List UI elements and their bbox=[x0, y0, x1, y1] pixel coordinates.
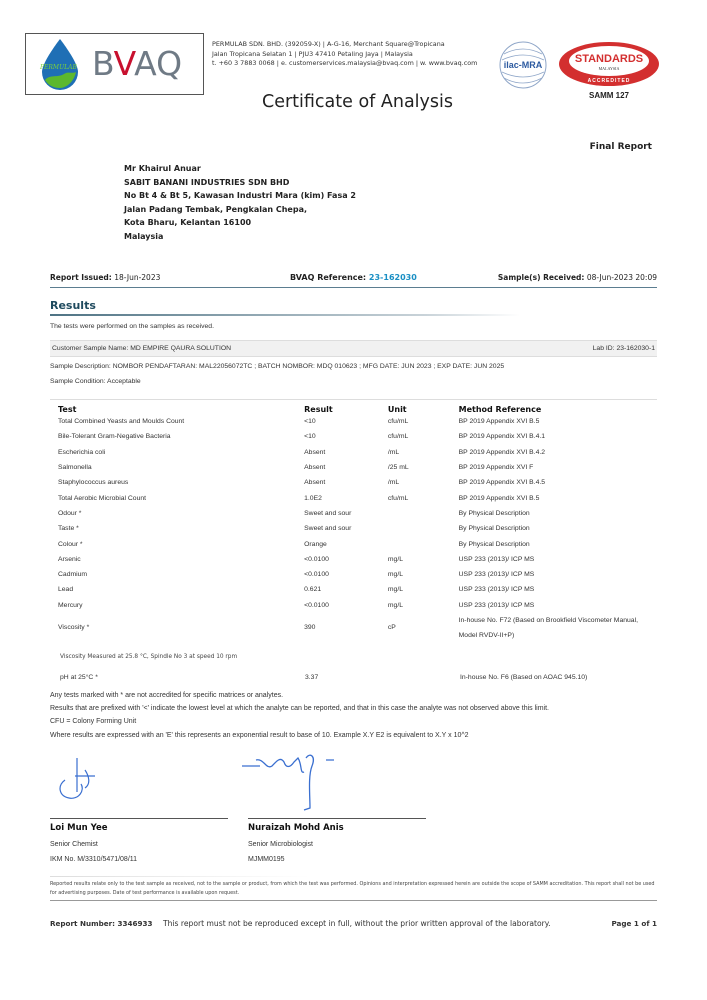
test-name: Cadmium bbox=[58, 567, 304, 582]
test-unit: /mL bbox=[388, 475, 459, 490]
test-unit: mg/L bbox=[388, 552, 459, 567]
report-status: Final Report bbox=[590, 142, 652, 152]
column-header-method: Method Reference bbox=[459, 402, 658, 414]
lab-info-line: Jalan Tropicana Selatan 1 | PJU3 47410 P… bbox=[212, 50, 477, 60]
test-name: Taste * bbox=[58, 521, 304, 536]
test-method: By Physical Description bbox=[459, 506, 658, 521]
test-result: Orange bbox=[304, 536, 388, 551]
test-name: Odour * bbox=[58, 506, 304, 521]
ilac-mra-logo-icon: ilac-MRA bbox=[498, 40, 548, 94]
test-method: USP 233 (2013)/ ICP MS bbox=[459, 582, 658, 597]
customer-sample-name: Customer Sample Name: MD EMPIRE QAURA SO… bbox=[52, 345, 231, 352]
svg-text:ACCREDITED: ACCREDITED bbox=[588, 78, 631, 84]
water-drop-icon: PERMULAB bbox=[38, 38, 82, 90]
signatory-title: Senior Microbiologist bbox=[248, 837, 344, 853]
test-unit bbox=[388, 521, 459, 536]
test-result: 3.37 bbox=[305, 674, 318, 681]
test-result: 0.621 bbox=[304, 582, 388, 597]
divider bbox=[50, 314, 520, 316]
test-name: Mercury bbox=[58, 598, 304, 613]
signature-line bbox=[50, 818, 228, 819]
recipient-address: Mr Khairul Anuar SABIT BANANI INDUSTRIES… bbox=[124, 162, 356, 243]
table-row: Viscosity *390cPIn-house No. F72 (Based … bbox=[58, 613, 658, 643]
test-result: 390 bbox=[304, 613, 388, 643]
test-method: USP 233 (2013)/ ICP MS bbox=[459, 567, 658, 582]
signatory-name: Nuraizah Mohd Anis bbox=[248, 821, 344, 837]
report-meta: Report Issued: 18-Jun-2023 BVAQ Referenc… bbox=[50, 271, 657, 288]
test-result: Absent bbox=[304, 475, 388, 490]
signature-loi-mun-yee-icon bbox=[55, 758, 115, 808]
table-row: SalmonellaAbsent/25 mLBP 2019 Appendix X… bbox=[58, 460, 658, 475]
table-row: Total Aerobic Microbial Count1.0E2cfu/mL… bbox=[58, 490, 658, 505]
test-name: Staphylococcus aureus bbox=[58, 475, 304, 490]
test-name: Lead bbox=[58, 582, 304, 597]
test-result: <10 bbox=[304, 414, 388, 429]
test-method: In-house No. F6 (Based on AOAC 945.10) bbox=[460, 674, 587, 681]
results-heading: Results bbox=[50, 299, 96, 312]
recipient-line: Jalan Padang Tembak, Pengkalan Chepa, bbox=[124, 203, 356, 217]
svg-text:MALAYSIA: MALAYSIA bbox=[599, 66, 620, 71]
signature-nuraizah-mohd-anis-icon bbox=[240, 752, 370, 812]
recipient-line: Mr Khairul Anuar bbox=[124, 162, 356, 176]
divider bbox=[50, 399, 657, 400]
test-name: Escherichia coli bbox=[58, 445, 304, 460]
test-unit: cfu/mL bbox=[388, 414, 459, 429]
signatory-registration: MJMM0195 bbox=[248, 852, 344, 868]
document-title: Certificate of Analysis bbox=[262, 92, 453, 112]
table-row: Colour *OrangeBy Physical Description bbox=[58, 536, 658, 551]
test-result: Absent bbox=[304, 460, 388, 475]
test-result: 1.0E2 bbox=[304, 490, 388, 505]
test-method: BP 2019 Appendix XVI B.5 bbox=[459, 414, 658, 429]
column-header-result: Result bbox=[304, 402, 388, 414]
performed-note: The tests were performed on the samples … bbox=[50, 323, 214, 330]
test-unit: cP bbox=[388, 613, 459, 643]
test-unit bbox=[388, 536, 459, 551]
test-result: Sweet and sour bbox=[304, 506, 388, 521]
brand-wordmark: BVAQ bbox=[92, 44, 182, 84]
test-result: Sweet and sour bbox=[304, 521, 388, 536]
test-unit: cfu/mL bbox=[388, 429, 459, 444]
column-header-test: Test bbox=[58, 402, 304, 414]
test-method: By Physical Description bbox=[459, 536, 658, 551]
page-number: Page 1 of 1 bbox=[611, 919, 657, 928]
test-method: In-house No. F72 (Based on Brookfield Vi… bbox=[459, 613, 658, 643]
table-header: Test Result Unit Method Reference bbox=[58, 402, 658, 414]
test-method: BP 2019 Appendix XVI B.4.5 bbox=[459, 475, 658, 490]
note-line: Any tests marked with * are not accredit… bbox=[50, 689, 670, 702]
test-method: USP 233 (2013)/ ICP MS bbox=[459, 598, 658, 613]
table-row: Staphylococcus aureusAbsent/mLBP 2019 Ap… bbox=[58, 475, 658, 490]
svg-text:SAMM 127: SAMM 127 bbox=[589, 91, 630, 100]
test-method: BP 2019 Appendix XVI B.4.1 bbox=[459, 429, 658, 444]
test-unit bbox=[388, 506, 459, 521]
recipient-line: Kota Bharu, Kelantan 16100 bbox=[124, 216, 356, 230]
signature-line bbox=[248, 818, 426, 819]
table-row: Mercury<0.0100mg/LUSP 233 (2013)/ ICP MS bbox=[58, 598, 658, 613]
recipient-line: No Bt 4 & Bt 5, Kawasan Industri Mara (k… bbox=[124, 189, 356, 203]
report-issued: Report Issued: 18-Jun-2023 bbox=[50, 273, 160, 282]
test-result: <10 bbox=[304, 429, 388, 444]
svg-text:STANDARDS: STANDARDS bbox=[575, 53, 643, 65]
test-name: Viscosity * bbox=[58, 613, 304, 643]
lab-contact-info: PERMULAB SDN. BHD. (392059-X) | A-G-16, … bbox=[212, 40, 477, 69]
test-method: USP 233 (2013)/ ICP MS bbox=[459, 552, 658, 567]
table-row: Escherichia coliAbsent/mLBP 2019 Appendi… bbox=[58, 445, 658, 460]
test-unit: mg/L bbox=[388, 598, 459, 613]
bvaq-reference: BVAQ Reference: 23-162030 bbox=[290, 273, 417, 282]
test-method: BP 2019 Appendix XVI B.5 bbox=[459, 490, 658, 505]
table-row: Odour *Sweet and sourBy Physical Descrip… bbox=[58, 506, 658, 521]
test-method: BP 2019 Appendix XVI B.4.2 bbox=[459, 445, 658, 460]
notes: Any tests marked with * are not accredit… bbox=[50, 689, 670, 742]
test-name: pH at 25°C * bbox=[60, 674, 98, 681]
test-result: <0.0100 bbox=[304, 552, 388, 567]
test-result: Absent bbox=[304, 445, 388, 460]
test-name: Salmonella bbox=[58, 460, 304, 475]
test-result: <0.0100 bbox=[304, 567, 388, 582]
table-row: Cadmium<0.0100mg/LUSP 233 (2013)/ ICP MS bbox=[58, 567, 658, 582]
signatory-2: Nuraizah Mohd Anis Senior Microbiologist… bbox=[248, 821, 344, 868]
test-unit: /mL bbox=[388, 445, 459, 460]
lab-info-line: t. +60 3 7883 0068 | e. customerservices… bbox=[212, 59, 477, 69]
test-name: Total Combined Yeasts and Moulds Count bbox=[58, 414, 304, 429]
test-unit: mg/L bbox=[388, 567, 459, 582]
note-line: Results that are prefixed with '<' indic… bbox=[50, 702, 670, 715]
svg-text:ilac-MRA: ilac-MRA bbox=[504, 60, 543, 70]
test-name: Total Aerobic Microbial Count bbox=[58, 490, 304, 505]
test-name: Colour * bbox=[58, 536, 304, 551]
disclaimer: Reported results relate only to the test… bbox=[50, 880, 660, 897]
sample-condition: Sample Condition: Acceptable bbox=[50, 375, 530, 390]
standards-malaysia-logo-icon: STANDARDS MALAYSIA ACCREDITED SAMM 127 bbox=[555, 40, 663, 102]
column-header-unit: Unit bbox=[388, 402, 459, 414]
svg-text:PERMULAB: PERMULAB bbox=[39, 64, 77, 71]
test-method: By Physical Description bbox=[459, 521, 658, 536]
signatory-1: Loi Mun Yee Senior Chemist IKM No. M/331… bbox=[50, 821, 137, 868]
signatory-name: Loi Mun Yee bbox=[50, 821, 137, 837]
test-method: BP 2019 Appendix XVI F bbox=[459, 460, 658, 475]
test-unit: mg/L bbox=[388, 582, 459, 597]
reproduction-note: This report must not be reproduced excep… bbox=[163, 919, 551, 928]
table-row: Lead0.621mg/LUSP 233 (2013)/ ICP MS bbox=[58, 582, 658, 597]
signatory-registration: IKM No. M/3310/5471/08/11 bbox=[50, 852, 137, 868]
test-result: <0.0100 bbox=[304, 598, 388, 613]
results-table: Test Result Unit Method Reference Total … bbox=[58, 402, 658, 643]
test-name: Bile-Tolerant Gram-Negative Bacteria bbox=[58, 429, 304, 444]
bvaq-logo: PERMULAB BVAQ bbox=[25, 33, 204, 95]
test-unit: /25 mL bbox=[388, 460, 459, 475]
sample-description: Sample Description: NOMBOR PENDAFTARAN: … bbox=[50, 360, 530, 389]
lab-info-line: PERMULAB SDN. BHD. (392059-X) | A-G-16, … bbox=[212, 40, 477, 50]
table-row: Arsenic<0.0100mg/LUSP 233 (2013)/ ICP MS bbox=[58, 552, 658, 567]
test-name: Arsenic bbox=[58, 552, 304, 567]
lab-id: Lab ID: 23-162030-1 bbox=[593, 345, 655, 352]
divider bbox=[50, 876, 310, 877]
divider bbox=[50, 900, 657, 901]
table-row: Bile-Tolerant Gram-Negative Bacteria<10c… bbox=[58, 429, 658, 444]
table-row: Total Combined Yeasts and Moulds Count<1… bbox=[58, 414, 658, 429]
viscosity-note: Viscosity Measured at 25.8 °C, Spindle N… bbox=[60, 654, 237, 660]
recipient-line: Malaysia bbox=[124, 230, 356, 244]
note-line: Where results are expressed with an 'E' … bbox=[50, 729, 670, 742]
samples-received: Sample(s) Received: 08-Jun-2023 20:09 bbox=[498, 273, 657, 282]
sample-name-bar: Customer Sample Name: MD EMPIRE QAURA SO… bbox=[50, 340, 657, 357]
signatory-title: Senior Chemist bbox=[50, 837, 137, 853]
report-number: Report Number: 3346933 bbox=[50, 919, 153, 928]
table-row: Taste *Sweet and sourBy Physical Descrip… bbox=[58, 521, 658, 536]
note-line: CFU = Colony Forming Unit bbox=[50, 715, 670, 728]
recipient-line: SABIT BANANI INDUSTRIES SDN BHD bbox=[124, 176, 356, 190]
test-unit: cfu/mL bbox=[388, 490, 459, 505]
